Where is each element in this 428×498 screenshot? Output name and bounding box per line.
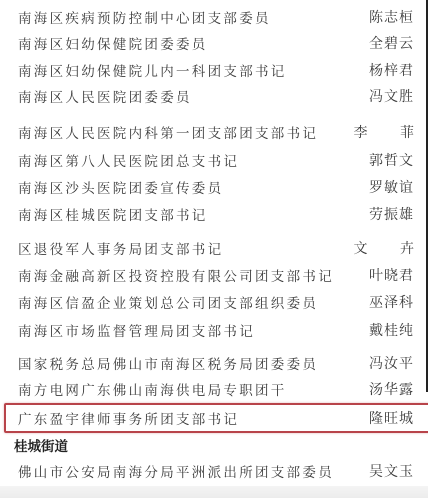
person-name: 冯汝平 bbox=[369, 353, 414, 373]
list-item: 佛山市公安局南海分局平洲派出所团支部委员 吴文玉 bbox=[0, 458, 428, 484]
role-text: 南海区市场监督管理局团支部书记 bbox=[18, 320, 255, 340]
list-item: 区退役军人事务局团支部书记 文 卉 bbox=[0, 235, 428, 261]
list-item-highlighted: 广东盈宇律师事务所团支部书记 隆旺城 bbox=[0, 405, 428, 431]
person-name: 汤华露 bbox=[369, 379, 414, 399]
person-name: 罗敏谊 bbox=[369, 177, 414, 197]
list-item: 南海区信盈企业策划总公司团支部组织委员 巫泽科 bbox=[0, 289, 428, 315]
role-text: 南海区桂城医院团支部书记 bbox=[18, 204, 208, 224]
role-text: 南海区人民医院内科第一团支部团支部书记 bbox=[18, 122, 318, 142]
role-text: 南海区信盈企业策划总公司团支部组织委员 bbox=[18, 292, 318, 312]
section-title: 桂城街道 bbox=[14, 435, 68, 455]
role-text: 南海金融高新区投资控股有限公司团支部书记 bbox=[18, 265, 334, 285]
person-name: 叶晓君 bbox=[369, 265, 414, 285]
role-text: 区退役军人事务局团支部书记 bbox=[18, 238, 223, 258]
role-text: 南方电网广东佛山南海供电局专职团干 bbox=[18, 379, 287, 399]
role-text: 南海区人民医院团委委员 bbox=[18, 86, 192, 106]
list-item: 南海区人民医院内科第一团支部团支部书记 李 菲 bbox=[0, 119, 428, 145]
person-name: 全碧云 bbox=[369, 33, 414, 53]
document-page: 南海区疾病预防控制中心团支部委员 陈志桓 南海区妇幼保健院团委委员 全碧云 南海… bbox=[0, 0, 428, 498]
role-text: 佛山市公安局南海分局平洲派出所团支部委员 bbox=[18, 461, 334, 481]
person-name: 隆旺城 bbox=[369, 408, 414, 428]
list-item: 南海区桂城医院团支部书记 劳振雄 bbox=[0, 201, 428, 227]
list-item: 南海区妇幼保健院团委委员 全碧云 bbox=[0, 30, 428, 56]
list-item: 南海区第八人民医院团总支书记 郭哲文 bbox=[0, 147, 428, 173]
role-text: 南海区妇幼保健院儿内一科团支部书记 bbox=[18, 60, 287, 80]
person-name: 李 菲 bbox=[354, 122, 428, 142]
list-item: 南海区人民医院团委委员 冯文胜 bbox=[0, 83, 428, 109]
person-name: 巫泽科 bbox=[369, 292, 414, 312]
list-item: 南海区妇幼保健院儿内一科团支部书记 杨梓君 bbox=[0, 57, 428, 83]
role-text: 南海区沙头医院团委宣传委员 bbox=[18, 177, 223, 197]
person-name: 劳振雄 bbox=[369, 204, 414, 224]
role-text: 南海区疾病预防控制中心团支部委员 bbox=[18, 7, 271, 27]
list-item: 南方电网广东佛山南海供电局专职团干 汤华露 bbox=[0, 376, 428, 402]
role-text: 南海区妇幼保健院团委委员 bbox=[18, 33, 208, 53]
person-name: 吴文玉 bbox=[369, 461, 414, 481]
role-text: 广东盈宇律师事务所团支部书记 bbox=[18, 408, 239, 428]
person-name: 冯文胜 bbox=[369, 86, 414, 106]
person-name: 郭哲文 bbox=[369, 150, 414, 170]
person-name: 文 卉 bbox=[354, 238, 428, 258]
role-text: 国家税务总局佛山市南海区税务局团委委员 bbox=[18, 353, 318, 373]
list-item: 南海区疾病预防控制中心团支部委员 陈志桓 bbox=[0, 4, 428, 30]
page-bottom-shade bbox=[0, 486, 428, 498]
person-name: 杨梓君 bbox=[369, 60, 414, 80]
list-item: 南海区沙头医院团委宣传委员 罗敏谊 bbox=[0, 174, 428, 200]
person-name: 陈志桓 bbox=[369, 7, 414, 27]
section-header: 桂城街道 bbox=[0, 432, 428, 458]
person-name: 戴桂纯 bbox=[369, 320, 414, 340]
list-item: 国家税务总局佛山市南海区税务局团委委员 冯汝平 bbox=[0, 350, 428, 376]
list-item: 南海区市场监督管理局团支部书记 戴桂纯 bbox=[0, 317, 428, 343]
list-item: 南海金融高新区投资控股有限公司团支部书记 叶晓君 bbox=[0, 262, 428, 288]
role-text: 南海区第八人民医院团总支书记 bbox=[18, 150, 239, 170]
